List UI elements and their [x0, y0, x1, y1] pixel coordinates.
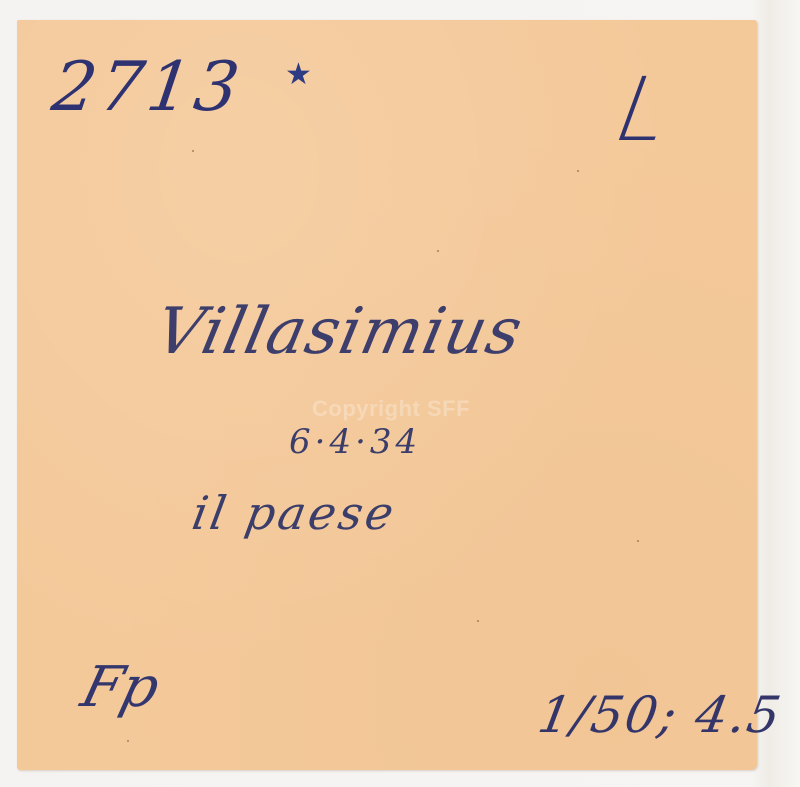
- photo-background: 2713 ★ L Villasimius Copyright SFF 6·4·3…: [0, 0, 800, 787]
- speck: [127, 740, 129, 742]
- exposure-ratio: 1/50; 4.5: [535, 690, 786, 740]
- star-icon: ★: [285, 60, 312, 90]
- speck: [637, 540, 639, 542]
- speck: [192, 150, 194, 152]
- letter-mark: L: [603, 66, 684, 154]
- copyright-watermark: Copyright SFF: [312, 396, 470, 422]
- initials-signature: Fp: [76, 660, 165, 716]
- envelope-paper: 2713 ★ L Villasimius Copyright SFF 6·4·3…: [17, 20, 757, 770]
- caption-text: il paese: [189, 490, 400, 536]
- speck: [317, 350, 319, 352]
- date-text: 6·4·34: [289, 425, 421, 459]
- speck: [477, 620, 479, 622]
- speck: [437, 250, 439, 252]
- speck: [577, 170, 579, 172]
- catalog-number: 2713: [48, 54, 247, 122]
- place-name: Villasimius: [150, 300, 528, 364]
